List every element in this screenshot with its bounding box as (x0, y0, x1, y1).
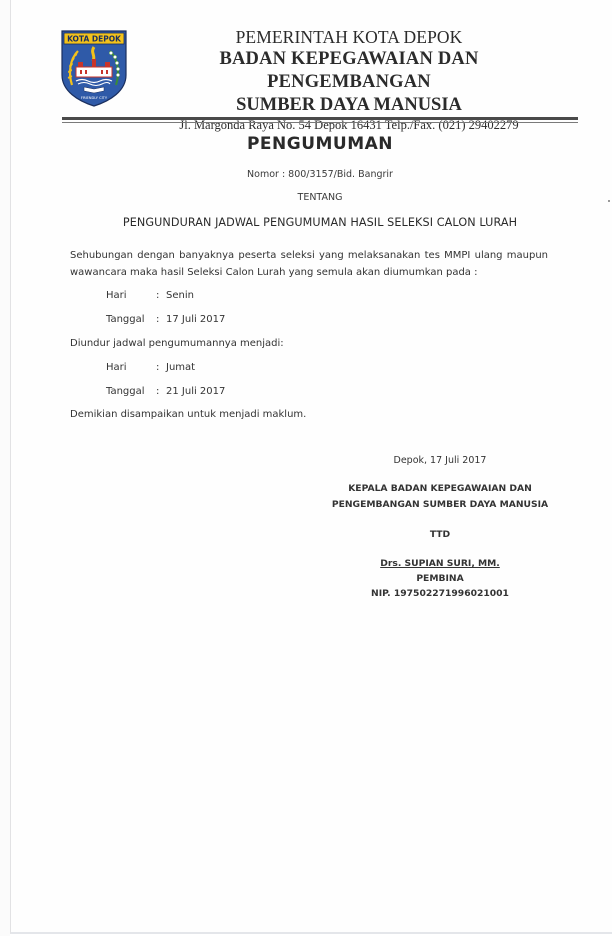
document-number: Nomor : 800/3157/Bid. Bangrir (60, 169, 580, 180)
new-day-row: Hari:Jumat (106, 362, 195, 373)
new-date-separator: : (156, 386, 166, 397)
new-day-label: Hari (106, 362, 156, 373)
original-date-value: 17 Juli 2017 (166, 314, 225, 325)
logo-banner-text: KOTA DEPOK (67, 35, 122, 44)
new-date-row: Tanggal:21 Juli 2017 (106, 386, 225, 397)
closing-sentence: Demikian disampaikan untuk menjadi maklu… (70, 406, 548, 423)
signature-ttd: TTD (320, 527, 560, 543)
signature-position-line2: PENGEMBANGAN SUMBER DAYA MANUSIA (320, 497, 560, 513)
letterhead-agency-line2: SUMBER DAYA MANUSIA (136, 94, 562, 116)
new-day-value: Jumat (166, 362, 195, 373)
letterhead-divider-thin (62, 122, 578, 123)
scan-artifact (608, 200, 610, 202)
original-day-value: Senin (166, 290, 194, 301)
new-date-label: Tanggal (106, 386, 156, 397)
new-date-value: 21 Juli 2017 (166, 386, 225, 397)
logo-motto: FRIENDLY CITY (81, 96, 108, 100)
intro-paragraph: Sehubungan dengan banyaknya peserta sele… (70, 247, 548, 281)
letterhead-agency-line1: BADAN KEPEGAWAIAN DAN PENGEMBANGAN (136, 48, 562, 94)
document-subject: PENGUNDURAN JADWAL PENGUMUMAN HASIL SELE… (60, 216, 580, 229)
letterhead-government: PEMERINTAH KOTA DEPOK (136, 27, 562, 48)
original-date-separator: : (156, 314, 166, 325)
document-tentang: TENTANG (60, 192, 580, 203)
signature-position-line1: KEPALA BADAN KEPEGAWAIAN DAN (320, 481, 560, 497)
new-day-separator: : (156, 362, 166, 373)
letterhead-divider-thick (62, 117, 578, 120)
scan-margin (0, 0, 10, 936)
signature-place-date: Depok, 17 Juli 2017 (320, 455, 560, 466)
signatory-name-text: Drs. SUPIAN SURI, MM. (380, 558, 500, 569)
original-day-label: Hari (106, 290, 156, 301)
document-title: PENGUMUMAN (60, 134, 580, 154)
original-date-row: Tanggal:17 Juli 2017 (106, 314, 225, 325)
signatory-nip: NIP. 197502271996021001 (320, 586, 560, 602)
original-day-separator: : (156, 290, 166, 301)
postponed-intro: Diundur jadwal pengumumannya menjadi: (70, 335, 548, 352)
original-date-label: Tanggal (106, 314, 156, 325)
original-day-row: Hari:Senin (106, 290, 194, 301)
signatory-rank: PEMBINA (320, 571, 560, 587)
signatory-name: Drs. SUPIAN SURI, MM. (320, 556, 560, 572)
kota-depok-coat-of-arms-icon: KOTA DEPOK FRIENDLY CITY (60, 29, 128, 107)
